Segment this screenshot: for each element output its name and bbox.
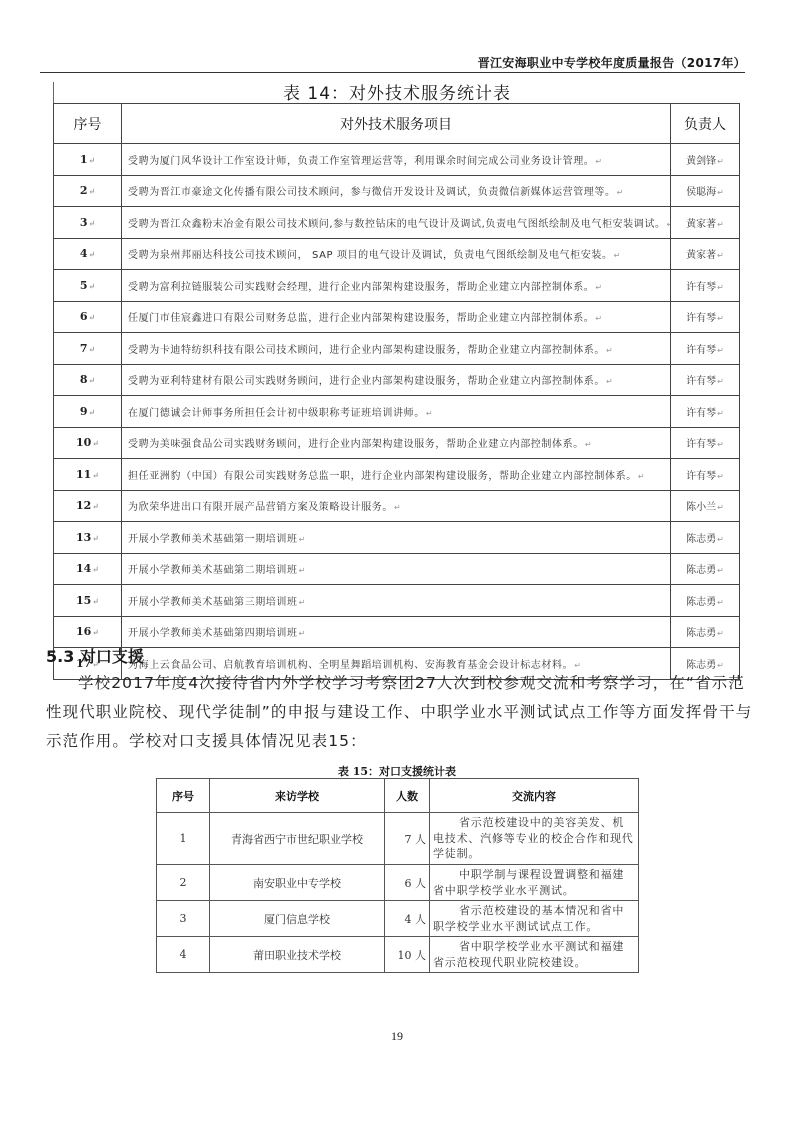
paragraph-mark-icon: ↵ bbox=[717, 598, 724, 607]
paragraph-mark-icon: ↵ bbox=[638, 472, 645, 481]
paragraph-mark-icon: ↵ bbox=[88, 344, 95, 354]
row-number-text: 14 bbox=[76, 562, 91, 575]
row-number-text: 10 bbox=[76, 436, 91, 449]
paragraph-mark-icon: ↵ bbox=[606, 346, 613, 355]
paragraph-mark-icon: ↵ bbox=[717, 283, 724, 292]
visiting-school: 南安职业中专学校 bbox=[210, 865, 385, 901]
row-number: 13↵ bbox=[54, 522, 122, 554]
owner: 许有琴↵ bbox=[671, 427, 740, 459]
owner-text: 陈志勇 bbox=[686, 565, 716, 576]
paragraph-mark-icon: ↵ bbox=[717, 157, 724, 166]
service-item-text: 受聘为亚利特建材有限公司实践财务顾问，进行企业内部架构建设服务，帮助企业建立内部… bbox=[128, 376, 605, 387]
paragraph-mark-icon: ↵ bbox=[717, 314, 724, 323]
service-item: 担任亚洲豹（中国）有限公司实践财务总监一职，进行企业内部架构建设服务，帮助企业建… bbox=[122, 459, 671, 491]
table-row: 10↵受聘为美味强食品公司实践财务顾问，进行企业内部架构建设服务，帮助企业建立内… bbox=[54, 427, 740, 459]
row-number: 3↵ bbox=[54, 207, 122, 239]
service-item: 开展小学教师美术基础第三期培训班↵ bbox=[122, 585, 671, 617]
column-header-no: 序号 bbox=[54, 104, 122, 144]
owner-text: 许有琴 bbox=[686, 376, 716, 387]
owner: 黄剑锋↵ bbox=[671, 144, 740, 176]
table15-paired-support: 序号 来访学校 人数 交流内容 1青海省西宁市世纪职业学校7 人省示范校建设中的… bbox=[156, 778, 639, 973]
owner-text: 许有琴 bbox=[686, 408, 716, 419]
paragraph-mark-icon: ↵ bbox=[585, 440, 592, 449]
paragraph-mark-icon: ↵ bbox=[595, 314, 602, 323]
visiting-school: 莆田职业技术学校 bbox=[210, 937, 385, 973]
exchange-content: 省示范校建设的基本情况和省中职学校学业水平测试试点工作。 bbox=[430, 901, 639, 937]
row-number: 14↵ bbox=[54, 553, 122, 585]
column-header-item: 对外技术服务项目 bbox=[122, 104, 671, 144]
paragraph-mark-icon: ↵ bbox=[595, 283, 602, 292]
row-number-text: 5 bbox=[80, 279, 88, 292]
table14-left-tick bbox=[53, 82, 54, 104]
exchange-content-text: 省示范校建设中的美容美发、机电技术、汽修等专业的校企合作和现代学徒制。 bbox=[433, 816, 634, 860]
visitor-count: 7 人 bbox=[385, 813, 430, 865]
table-row: 5↵受聘为富利拉链服装公司实践财会经理，进行企业内部架构建设服务，帮助企业建立内… bbox=[54, 270, 740, 302]
row-number: 15↵ bbox=[54, 585, 122, 617]
exchange-content: 省示范校建设中的美容美发、机电技术、汽修等专业的校企合作和现代学徒制。 bbox=[430, 813, 639, 865]
row-number: 1 bbox=[157, 813, 210, 865]
table-row: 16↵开展小学教师美术基础第四期培训班↵陈志勇↵ bbox=[54, 616, 740, 648]
row-number-text: 1 bbox=[80, 153, 88, 166]
owner: 侯聪海↵ bbox=[671, 175, 740, 207]
row-number: 1↵ bbox=[54, 144, 122, 176]
paragraph-mark-icon: ↵ bbox=[92, 438, 99, 448]
owner: 许有琴↵ bbox=[671, 459, 740, 491]
owner-text: 陈小兰 bbox=[686, 502, 716, 513]
owner-text: 陈志勇 bbox=[686, 628, 716, 639]
paragraph-mark-icon: ↵ bbox=[717, 251, 724, 260]
service-item-text: 开展小学教师美术基础第四期培训班 bbox=[128, 628, 298, 639]
owner-text: 许有琴 bbox=[686, 345, 716, 356]
paragraph-mark-icon: ↵ bbox=[717, 629, 724, 638]
service-item-text: 开展小学教师美术基础第三期培训班 bbox=[128, 597, 298, 608]
row-number: 12↵ bbox=[54, 490, 122, 522]
table-row: 6↵任厦门市佳宸鑫进口有限公司财务总监，进行企业内部架构建设服务，帮助企业建立内… bbox=[54, 301, 740, 333]
row-number-text: 6 bbox=[80, 310, 88, 323]
service-item-text: 受聘为卡迪特纺织科技有限公司技术顾问，进行企业内部架构建设服务，帮助企业建立内部… bbox=[128, 345, 605, 356]
owner: 许有琴↵ bbox=[671, 301, 740, 333]
owner: 黄家著↵ bbox=[671, 207, 740, 239]
row-number-text: 9 bbox=[80, 405, 88, 418]
owner: 许有琴↵ bbox=[671, 333, 740, 365]
service-item: 在厦门德诚会计师事务所担任会计初中级职称考证班培训讲师。↵ bbox=[122, 396, 671, 428]
service-item-text: 受聘为厦门风华设计工作室设计师，负责工作室管理运营等，利用课余时间完成公司业务设… bbox=[128, 156, 594, 167]
service-item: 受聘为泉州邦丽达科技公司技术顾问， SAP 项目的电气设计及调试，负责电气图纸绘… bbox=[122, 238, 671, 270]
paragraph-mark-icon: ↵ bbox=[92, 533, 99, 543]
owner-text: 许有琴 bbox=[686, 471, 716, 482]
column-header-no: 序号 bbox=[157, 779, 210, 813]
row-number-text: 16 bbox=[76, 625, 91, 638]
paragraph-mark-icon: ↵ bbox=[88, 218, 95, 228]
paragraph-mark-icon: ↵ bbox=[299, 535, 306, 544]
paragraph-mark-icon: ↵ bbox=[617, 188, 624, 197]
table-row: 12↵为欣荣华进出口有限开展产品营销方案及策略设计服务。↵陈小兰↵ bbox=[54, 490, 740, 522]
paragraph-mark-icon: ↵ bbox=[426, 409, 433, 418]
owner-text: 陈志勇 bbox=[686, 597, 716, 608]
paragraph-mark-icon: ↵ bbox=[88, 375, 95, 385]
column-header-school: 来访学校 bbox=[210, 779, 385, 813]
exchange-content-text: 省示范校建设的基本情况和省中职学校学业水平测试试点工作。 bbox=[433, 904, 624, 933]
visitor-count: 10 人 bbox=[385, 937, 430, 973]
table-row: 1青海省西宁市世纪职业学校7 人省示范校建设中的美容美发、机电技术、汽修等专业的… bbox=[157, 813, 639, 865]
visitor-count: 4 人 bbox=[385, 901, 430, 937]
exchange-content-text: 中职学制与课程设置调整和福建省中职学校学业水平测试。 bbox=[433, 868, 624, 897]
service-item: 受聘为晋江众鑫粉末冶金有限公司技术顾问,参与数控钻床的电气设计及调试,负责电气图… bbox=[122, 207, 671, 239]
owner: 许有琴↵ bbox=[671, 396, 740, 428]
service-item-text: 受聘为泉州邦丽达科技公司技术顾问， SAP 项目的电气设计及调试，负责电气图纸绘… bbox=[128, 250, 613, 261]
owner: 陈小兰↵ bbox=[671, 490, 740, 522]
column-header-owner: 负责人 bbox=[671, 104, 740, 144]
row-number: 7↵ bbox=[54, 333, 122, 365]
paragraph-mark-icon: ↵ bbox=[606, 377, 613, 386]
paragraph-mark-icon: ↵ bbox=[92, 470, 99, 480]
table-row: 3↵受聘为晋江众鑫粉末冶金有限公司技术顾问,参与数控钻床的电气设计及调试,负责电… bbox=[54, 207, 740, 239]
table-row: 2南安职业中专学校6 人中职学制与课程设置调整和福建省中职学校学业水平测试。 bbox=[157, 865, 639, 901]
row-number: 5↵ bbox=[54, 270, 122, 302]
table-row: 1↵受聘为厦门风华设计工作室设计师，负责工作室管理运营等，利用课余时间完成公司业… bbox=[54, 144, 740, 176]
paragraph-mark-icon: ↵ bbox=[299, 598, 306, 607]
row-number-text: 4 bbox=[80, 247, 88, 260]
row-number-text: 15 bbox=[76, 594, 91, 607]
table-row: 4莆田职业技术学校10 人省中职学校学业水平测试和福建省示范校现代职业院校建设。 bbox=[157, 937, 639, 973]
paragraph-mark-icon: ↵ bbox=[88, 407, 95, 417]
owner-text: 黄家著 bbox=[686, 250, 716, 261]
table-row: 4↵受聘为泉州邦丽达科技公司技术顾问， SAP 项目的电气设计及调试，负责电气图… bbox=[54, 238, 740, 270]
service-item: 受聘为富利拉链服装公司实践财会经理，进行企业内部架构建设服务，帮助企业建立内部控… bbox=[122, 270, 671, 302]
table-row: 14↵开展小学教师美术基础第二期培训班↵陈志勇↵ bbox=[54, 553, 740, 585]
owner: 许有琴↵ bbox=[671, 270, 740, 302]
exchange-content-text: 省中职学校学业水平测试和福建省示范校现代职业院校建设。 bbox=[433, 940, 624, 969]
service-item-text: 受聘为美味强食品公司实践财务顾问，进行企业内部架构建设服务，帮助企业建立内部控制… bbox=[128, 439, 584, 450]
row-number: 10↵ bbox=[54, 427, 122, 459]
service-item: 受聘为美味强食品公司实践财务顾问，进行企业内部架构建设服务，帮助企业建立内部控制… bbox=[122, 427, 671, 459]
owner: 陈志勇↵ bbox=[671, 553, 740, 585]
service-item: 任厦门市佳宸鑫进口有限公司财务总监，进行企业内部架构建设服务，帮助企业建立内部控… bbox=[122, 301, 671, 333]
service-item: 受聘为晋江市豪途文化传播有限公司技术顾问，参与微信开发设计及调试，负责微信新媒体… bbox=[122, 175, 671, 207]
page-header-title: 晋江安海职业中专学校年度质量报告（2017年） bbox=[478, 54, 746, 71]
owner: 陈志勇↵ bbox=[671, 522, 740, 554]
paragraph-mark-icon: ↵ bbox=[717, 535, 724, 544]
section-paragraph: 学校2017年度4次接待省内外学校学习考察团27人次到校参观交流和考察学习，在“… bbox=[46, 669, 758, 756]
owner-text: 侯聪海 bbox=[686, 187, 716, 198]
owner-text: 许有琴 bbox=[686, 313, 716, 324]
row-number: 6↵ bbox=[54, 301, 122, 333]
paragraph-mark-icon: ↵ bbox=[92, 596, 99, 606]
paragraph-mark-icon: ↵ bbox=[717, 440, 724, 449]
paragraph-text: 学校2017年度4次接待省内外学校学习考察团27人次到校参观交流和考察学习，在“… bbox=[46, 674, 752, 750]
table15-header-row: 序号 来访学校 人数 交流内容 bbox=[157, 779, 639, 813]
section-title: 5.3 对口支援 bbox=[46, 644, 144, 667]
paragraph-mark-icon: ↵ bbox=[92, 501, 99, 511]
visitor-count: 6 人 bbox=[385, 865, 430, 901]
table-row: 11↵担任亚洲豹（中国）有限公司实践财务总监一职，进行企业内部架构建设服务，帮助… bbox=[54, 459, 740, 491]
service-item: 受聘为厦门风华设计工作室设计师，负责工作室管理运营等，利用课余时间完成公司业务设… bbox=[122, 144, 671, 176]
service-item: 开展小学教师美术基础第四期培训班↵ bbox=[122, 616, 671, 648]
paragraph-mark-icon: ↵ bbox=[299, 566, 306, 575]
paragraph-mark-icon: ↵ bbox=[717, 188, 724, 197]
paragraph-mark-icon: ↵ bbox=[614, 251, 621, 260]
visiting-school: 青海省西宁市世纪职业学校 bbox=[210, 813, 385, 865]
paragraph-mark-icon: ↵ bbox=[88, 312, 95, 322]
paragraph-mark-icon: ↵ bbox=[667, 220, 671, 229]
table14-tech-services: 序号 对外技术服务项目 负责人 1↵受聘为厦门风华设计工作室设计师，负责工作室管… bbox=[53, 103, 740, 680]
row-number: 8↵ bbox=[54, 364, 122, 396]
header-divider bbox=[40, 72, 745, 73]
table14-caption: 表 14：对外技术服务统计表 bbox=[0, 79, 794, 104]
service-item-text: 受聘为晋江市豪途文化传播有限公司技术顾问，参与微信开发设计及调试，负责微信新媒体… bbox=[128, 187, 616, 198]
paragraph-mark-icon: ↵ bbox=[299, 629, 306, 638]
row-number-text: 13 bbox=[76, 531, 91, 544]
table-row: 13↵开展小学教师美术基础第一期培训班↵陈志勇↵ bbox=[54, 522, 740, 554]
owner: 黄家著↵ bbox=[671, 238, 740, 270]
service-item: 受聘为卡迪特纺织科技有限公司技术顾问，进行企业内部架构建设服务，帮助企业建立内部… bbox=[122, 333, 671, 365]
row-number: 2 bbox=[157, 865, 210, 901]
row-number-text: 8 bbox=[80, 373, 88, 386]
service-item: 开展小学教师美术基础第一期培训班↵ bbox=[122, 522, 671, 554]
owner: 许有琴↵ bbox=[671, 364, 740, 396]
row-number-text: 11 bbox=[76, 468, 91, 481]
service-item: 受聘为亚利特建材有限公司实践财务顾问，进行企业内部架构建设服务，帮助企业建立内部… bbox=[122, 364, 671, 396]
row-number: 4 bbox=[157, 937, 210, 973]
service-item-text: 受聘为晋江众鑫粉末冶金有限公司技术顾问,参与数控钻床的电气设计及调试,负责电气图… bbox=[128, 219, 666, 230]
owner-text: 黄家著 bbox=[686, 219, 716, 230]
table-row: 9↵在厦门德诚会计师事务所担任会计初中级职称考证班培训讲师。↵许有琴↵ bbox=[54, 396, 740, 428]
service-item-text: 担任亚洲豹（中国）有限公司实践财务总监一职，进行企业内部架构建设服务，帮助企业建… bbox=[128, 471, 637, 482]
table-row: 8↵受聘为亚利特建材有限公司实践财务顾问，进行企业内部架构建设服务，帮助企业建立… bbox=[54, 364, 740, 396]
owner-text: 许有琴 bbox=[686, 439, 716, 450]
paragraph-mark-icon: ↵ bbox=[717, 220, 724, 229]
paragraph-mark-icon: ↵ bbox=[92, 627, 99, 637]
exchange-content: 省中职学校学业水平测试和福建省示范校现代职业院校建设。 bbox=[430, 937, 639, 973]
row-number-text: 3 bbox=[80, 216, 88, 229]
paragraph-mark-icon: ↵ bbox=[88, 155, 95, 165]
row-number: 9↵ bbox=[54, 396, 122, 428]
service-item-text: 为欣荣华进出口有限开展产品营销方案及策略设计服务。 bbox=[128, 502, 393, 513]
paragraph-mark-icon: ↵ bbox=[88, 186, 95, 196]
row-number: 16↵ bbox=[54, 616, 122, 648]
paragraph-mark-icon: ↵ bbox=[717, 409, 724, 418]
row-number: 4↵ bbox=[54, 238, 122, 270]
paragraph-mark-icon: ↵ bbox=[92, 564, 99, 574]
row-number-text: 2 bbox=[80, 184, 88, 197]
page-number: 19 bbox=[0, 1029, 794, 1044]
table-row: 2↵受聘为晋江市豪途文化传播有限公司技术顾问，参与微信开发设计及调试，负责微信新… bbox=[54, 175, 740, 207]
column-header-count: 人数 bbox=[385, 779, 430, 813]
row-number: 2↵ bbox=[54, 175, 122, 207]
owner-text: 许有琴 bbox=[686, 282, 716, 293]
service-item-text: 开展小学教师美术基础第二期培训班 bbox=[128, 565, 298, 576]
column-header-content: 交流内容 bbox=[430, 779, 639, 813]
service-item-text: 开展小学教师美术基础第一期培训班 bbox=[128, 534, 298, 545]
table-row: 3厦门信息学校4 人省示范校建设的基本情况和省中职学校学业水平测试试点工作。 bbox=[157, 901, 639, 937]
owner: 陈志勇↵ bbox=[671, 585, 740, 617]
paragraph-mark-icon: ↵ bbox=[595, 157, 602, 166]
table14-header-row: 序号 对外技术服务项目 负责人 bbox=[54, 104, 740, 144]
table-row: 7↵受聘为卡迪特纺织科技有限公司技术顾问，进行企业内部架构建设服务，帮助企业建立… bbox=[54, 333, 740, 365]
table-row: 15↵开展小学教师美术基础第三期培训班↵陈志勇↵ bbox=[54, 585, 740, 617]
service-item: 为欣荣华进出口有限开展产品营销方案及策略设计服务。↵ bbox=[122, 490, 671, 522]
exchange-content: 中职学制与课程设置调整和福建省中职学校学业水平测试。 bbox=[430, 865, 639, 901]
paragraph-mark-icon: ↵ bbox=[717, 503, 724, 512]
paragraph-mark-icon: ↵ bbox=[717, 566, 724, 575]
owner-text: 黄剑锋 bbox=[686, 156, 716, 167]
row-number-text: 12 bbox=[76, 499, 91, 512]
row-number: 11↵ bbox=[54, 459, 122, 491]
paragraph-mark-icon: ↵ bbox=[88, 281, 95, 291]
row-number-text: 7 bbox=[80, 342, 88, 355]
service-item-text: 受聘为富利拉链服装公司实践财会经理，进行企业内部架构建设服务，帮助企业建立内部控… bbox=[128, 282, 594, 293]
row-number: 3 bbox=[157, 901, 210, 937]
paragraph-mark-icon: ↵ bbox=[88, 249, 95, 259]
paragraph-mark-icon: ↵ bbox=[717, 346, 724, 355]
service-item: 开展小学教师美术基础第二期培训班↵ bbox=[122, 553, 671, 585]
paragraph-mark-icon: ↵ bbox=[717, 472, 724, 481]
paragraph-mark-icon: ↵ bbox=[717, 377, 724, 386]
owner: 陈志勇↵ bbox=[671, 616, 740, 648]
service-item-text: 任厦门市佳宸鑫进口有限公司财务总监，进行企业内部架构建设服务，帮助企业建立内部控… bbox=[128, 313, 594, 324]
owner-text: 陈志勇 bbox=[686, 534, 716, 545]
table15-caption: 表 15：对口支援统计表 bbox=[0, 763, 794, 779]
visiting-school: 厦门信息学校 bbox=[210, 901, 385, 937]
paragraph-mark-icon: ↵ bbox=[394, 503, 401, 512]
service-item-text: 在厦门德诚会计师事务所担任会计初中级职称考证班培训讲师。 bbox=[128, 408, 425, 419]
